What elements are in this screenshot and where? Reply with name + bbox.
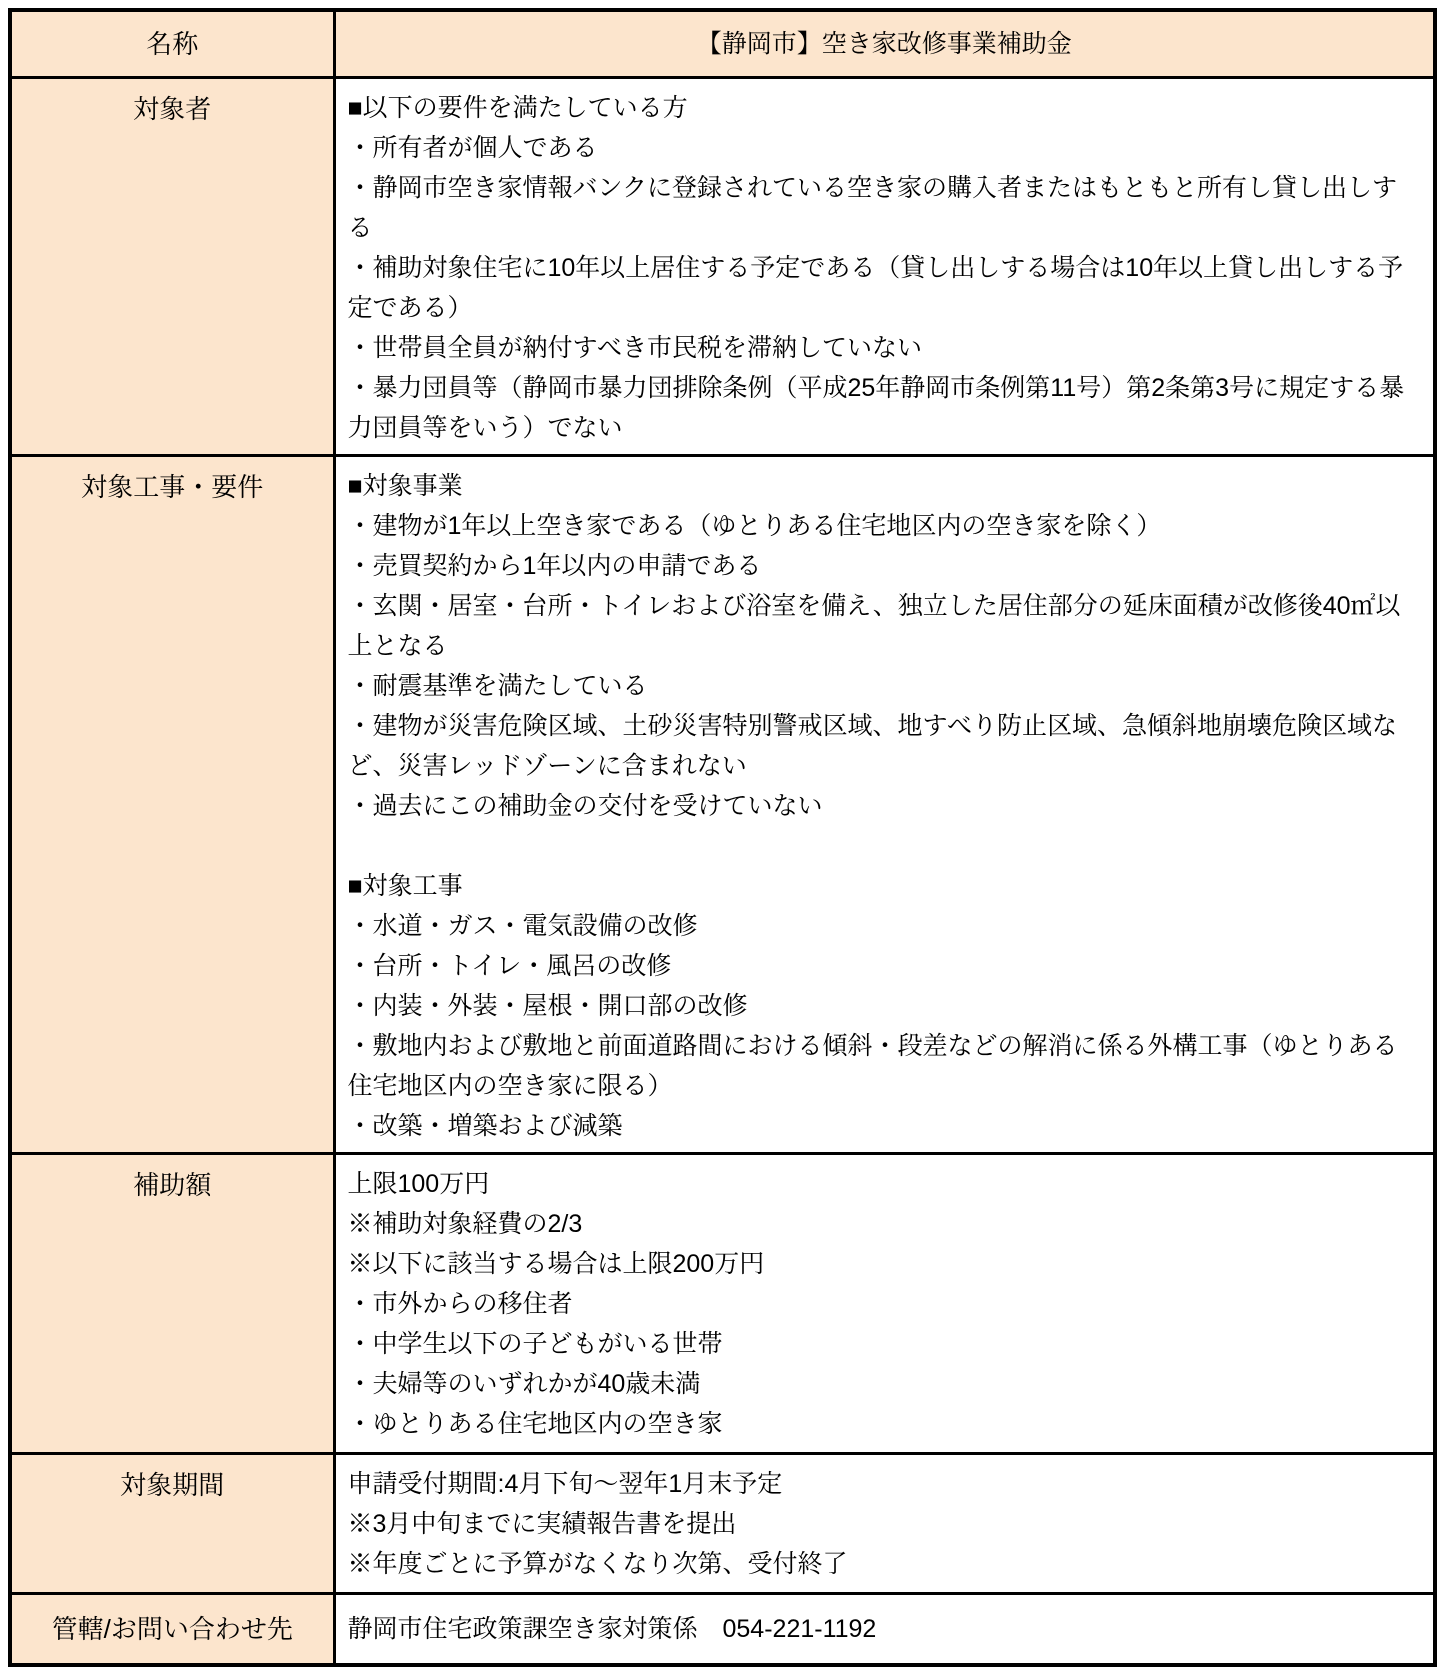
table-row: 対象者 ■以下の要件を満たしている方・所有者が個人である・静岡市空き家情報バンク… <box>10 77 1435 455</box>
row-content: 【静岡市】空き家改修事業補助金 <box>334 10 1435 77</box>
page: 名称 【静岡市】空き家改修事業補助金 対象者 ■以下の要件を満たしている方・所有… <box>0 0 1445 1675</box>
content-line: ・市外からの移住者 <box>348 1284 1422 1324</box>
content-line: ・売買契約から1年以内の申請である <box>348 546 1422 586</box>
content-line: ・水道・ガス・電気設備の改修 <box>348 906 1422 946</box>
table-row: 対象期間 申請受付期間:4月下旬～翌年1月末予定※3月中旬までに実績報告書を提出… <box>10 1453 1435 1593</box>
content-line: 申請受付期間:4月下旬～翌年1月末予定 <box>348 1464 1422 1504</box>
content-line: ・所有者が個人である <box>348 128 1422 168</box>
row-content: ■以下の要件を満たしている方・所有者が個人である・静岡市空き家情報バンクに登録さ… <box>334 77 1435 455</box>
content-line: ・暴力団員等（静岡市暴力団排除条例（平成25年静岡市条例第11号）第2条第3号に… <box>348 368 1422 448</box>
row-content: ■対象事業・建物が1年以上空き家である（ゆとりある住宅地区内の空き家を除く）・売… <box>334 455 1435 1153</box>
content-line: ・静岡市空き家情報バンクに登録されている空き家の購入者またはもともと所有し貸し出… <box>348 168 1422 248</box>
content-line: ■対象事業 <box>348 466 1422 506</box>
content-line: ・中学生以下の子どもがいる世帯 <box>348 1324 1422 1364</box>
table-row: 補助額 上限100万円※補助対象経費の2/3※以下に該当する場合は上限200万円… <box>10 1153 1435 1453</box>
content-line: ■以下の要件を満たしている方 <box>348 88 1422 128</box>
table-row: 名称 【静岡市】空き家改修事業補助金 <box>10 10 1435 77</box>
row-label: 対象者 <box>10 77 334 455</box>
content-line: ・夫婦等のいずれかが40歳未満 <box>348 1364 1422 1404</box>
row-label: 管轄/お問い合わせ先 <box>10 1593 334 1665</box>
content-line: ※3月中旬までに実績報告書を提出 <box>348 1504 1422 1544</box>
content-line: 静岡市住宅政策課空き家対策係 054-221-1192 <box>348 1609 1422 1649</box>
content-line: ・世帯員全員が納付すべき市民税を滞納していない <box>348 328 1422 368</box>
content-line: ・台所・トイレ・風呂の改修 <box>348 946 1422 986</box>
content-line: ・建物が1年以上空き家である（ゆとりある住宅地区内の空き家を除く） <box>348 506 1422 546</box>
table-body: 名称 【静岡市】空き家改修事業補助金 対象者 ■以下の要件を満たしている方・所有… <box>10 10 1435 1665</box>
row-content: 申請受付期間:4月下旬～翌年1月末予定※3月中旬までに実績報告書を提出※年度ごと… <box>334 1453 1435 1593</box>
row-label: 対象工事・要件 <box>10 455 334 1153</box>
content-line: ※年度ごとに予算がなくなり次第、受付終了 <box>348 1544 1422 1584</box>
table-row: 管轄/お問い合わせ先 静岡市住宅政策課空き家対策係 054-221-1192 <box>10 1593 1435 1665</box>
content-line: ・敷地内および敷地と前面道路間における傾斜・段差などの解消に係る外構工事（ゆとり… <box>348 1026 1422 1106</box>
row-label: 補助額 <box>10 1153 334 1453</box>
content-line: ■対象工事 <box>348 866 1422 906</box>
content-line: ※補助対象経費の2/3 <box>348 1204 1422 1244</box>
content-line: ・ゆとりある住宅地区内の空き家 <box>348 1404 1422 1444</box>
row-content: 上限100万円※補助対象経費の2/3※以下に該当する場合は上限200万円・市外か… <box>334 1153 1435 1453</box>
row-content: 静岡市住宅政策課空き家対策係 054-221-1192 <box>334 1593 1435 1665</box>
content-line: ・玄関・居室・台所・トイレおよび浴室を備え、独立した居住部分の延床面積が改修後4… <box>348 586 1422 666</box>
content-line <box>348 826 1422 866</box>
content-line: ※以下に該当する場合は上限200万円 <box>348 1244 1422 1284</box>
content-line: 【静岡市】空き家改修事業補助金 <box>348 24 1422 64</box>
content-line: ・補助対象住宅に10年以上居住する予定である（貸し出しする場合は10年以上貸し出… <box>348 248 1422 328</box>
content-line: ・耐震基準を満たしている <box>348 666 1422 706</box>
table-row: 対象工事・要件 ■対象事業・建物が1年以上空き家である（ゆとりある住宅地区内の空… <box>10 455 1435 1153</box>
row-label: 対象期間 <box>10 1453 334 1593</box>
content-line: ・改築・増築および減築 <box>348 1106 1422 1146</box>
subsidy-info-table: 名称 【静岡市】空き家改修事業補助金 対象者 ■以下の要件を満たしている方・所有… <box>8 8 1437 1667</box>
content-line: ・建物が災害危険区域、土砂災害特別警戒区域、地すべり防止区域、急傾斜地崩壊危険区… <box>348 706 1422 786</box>
content-line: ・内装・外装・屋根・開口部の改修 <box>348 986 1422 1026</box>
content-line: ・過去にこの補助金の交付を受けていない <box>348 786 1422 826</box>
content-line: 上限100万円 <box>348 1164 1422 1204</box>
row-label: 名称 <box>10 10 334 77</box>
